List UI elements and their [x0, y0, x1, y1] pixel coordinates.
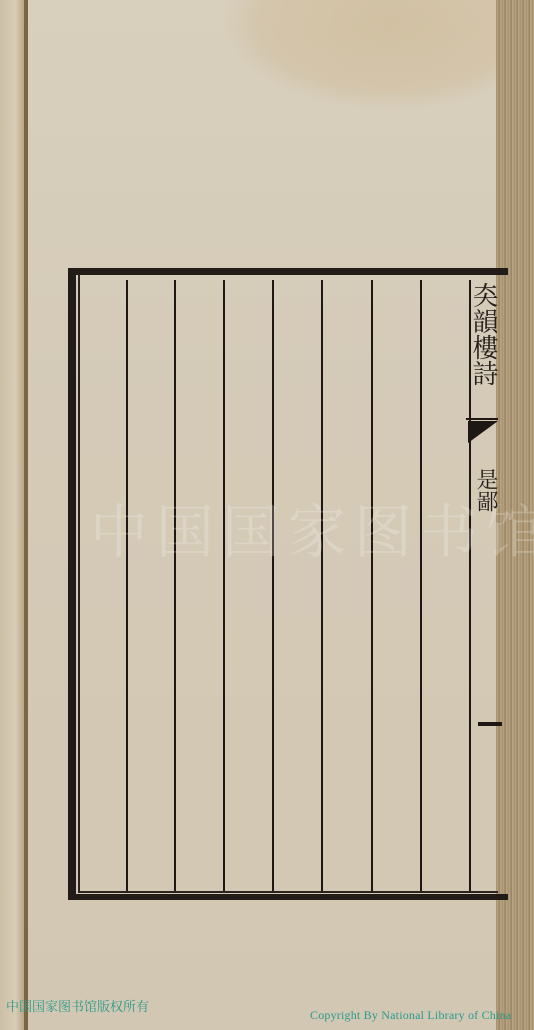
- library-watermark: 中国国家图书馆: [90, 485, 510, 569]
- column-rule: [420, 280, 422, 891]
- column-rule: [223, 280, 225, 891]
- previous-page-edge: [0, 0, 26, 1030]
- column-rule: [272, 280, 274, 891]
- margin-book-title: 㚐韻樓詩: [474, 282, 500, 386]
- margin-section-title: 是鄙: [478, 468, 500, 512]
- print-frame-inner-left: [78, 275, 80, 893]
- column-rule: [174, 280, 176, 891]
- copyright-english: Copyright By National Library of China: [310, 1008, 511, 1023]
- column-rule: [126, 280, 128, 891]
- print-frame-border: [68, 268, 508, 900]
- page-number-mark: [478, 722, 502, 726]
- fishtail-rule: [466, 418, 498, 420]
- column-rule: [321, 280, 323, 891]
- copyright-chinese: 中国国家图书馆版权所有: [6, 996, 149, 1015]
- print-frame-inner-bottom: [78, 891, 498, 893]
- fishtail-mark-icon: [468, 421, 498, 443]
- column-rule: [371, 280, 373, 891]
